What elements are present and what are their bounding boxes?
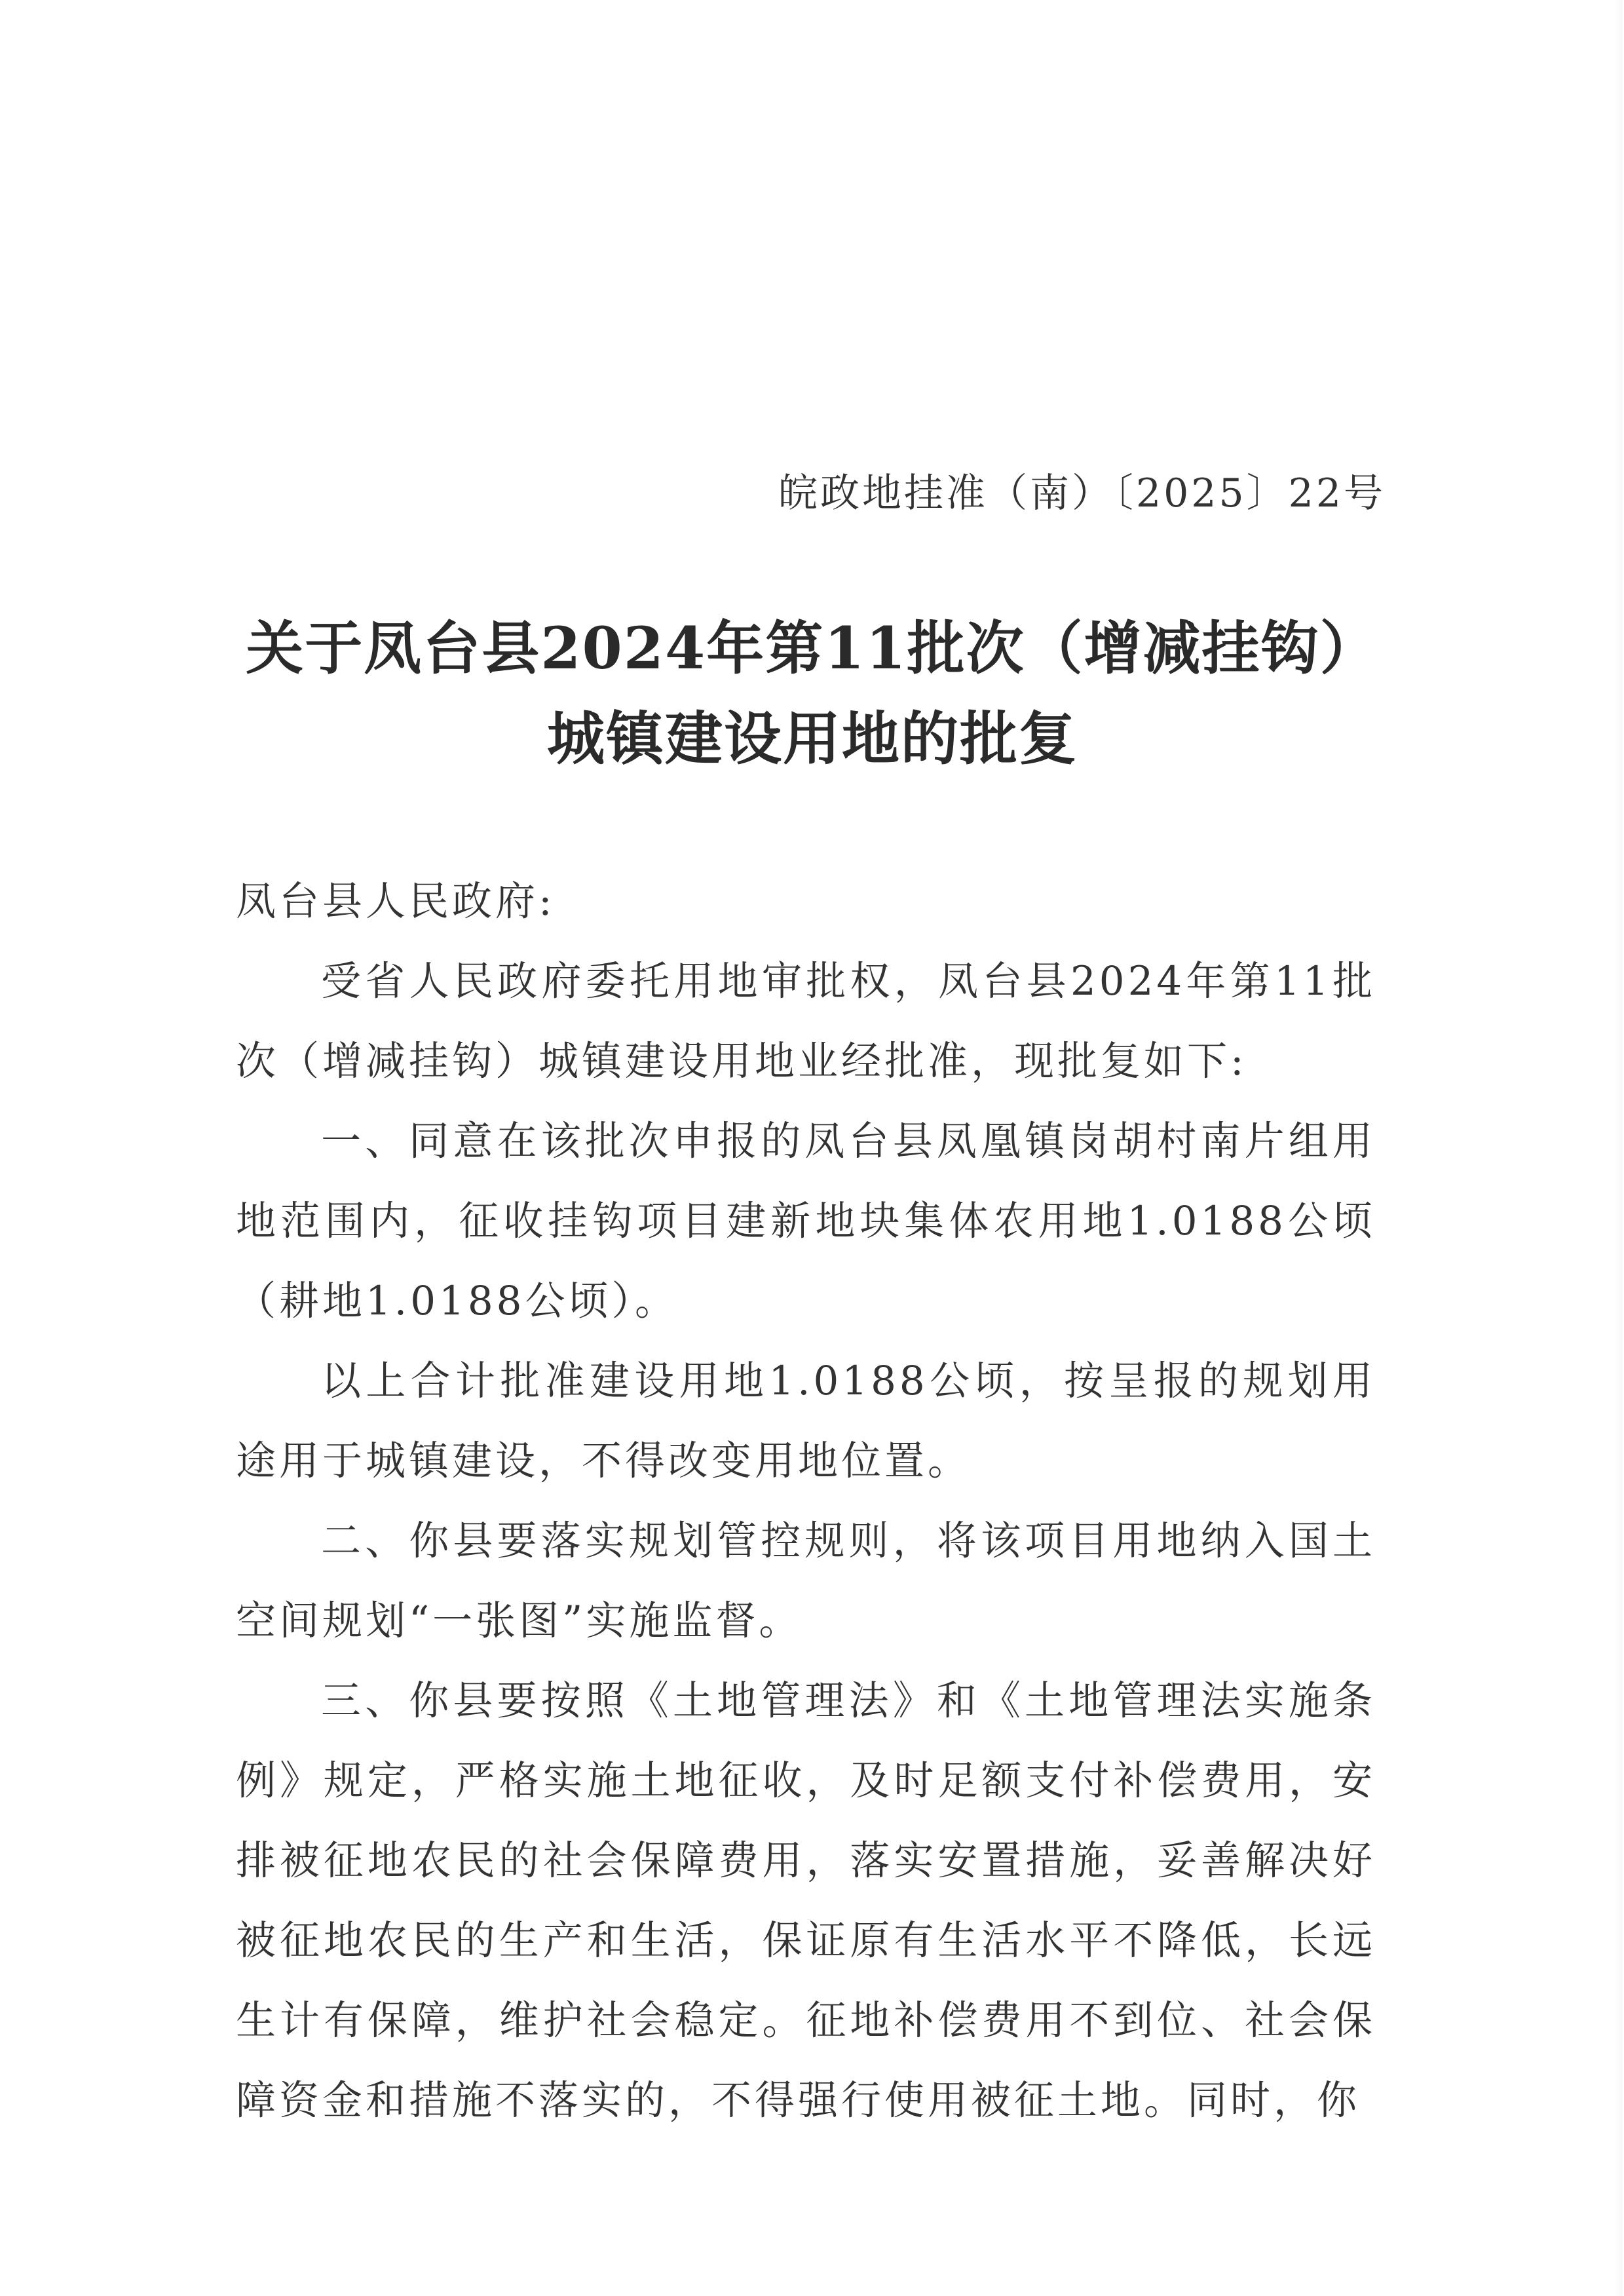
scan-edge-shadow: [1615, 0, 1623, 2296]
paragraph-item-2: 二、你县要落实规划管控规则，将该项目用地纳入国土空间规划“一张图”实施监督。: [236, 1501, 1376, 1661]
paragraph-intro: 受省人民政府委托用地审批权，凤台县2024年第11批次（增减挂钩）城镇建设用地业…: [236, 942, 1376, 1101]
paragraph-total: 以上合计批准建设用地1.0188公顷，按呈报的规划用途用于城镇建设，不得改变用地…: [236, 1341, 1376, 1501]
salutation: 凤台县人民政府:: [236, 862, 1376, 942]
paragraph-item-3: 三、你县要按照《土地管理法》和《土地管理法实施条例》规定，严格实施土地征收，及时…: [236, 1661, 1376, 2141]
document-page: 皖政地挂准（南）〔2025〕22号 关于凤台县2024年第11批次（增减挂钩） …: [0, 0, 1624, 2296]
document-body: 凤台县人民政府: 受省人民政府委托用地审批权，凤台县2024年第11批次（增减挂…: [236, 862, 1376, 2141]
document-title: 关于凤台县2024年第11批次（增减挂钩） 城镇建设用地的批复: [197, 603, 1428, 784]
paragraph-item-1: 一、同意在该批次申报的凤台县凤凰镇岗胡村南片组用地范围内，征收挂钩项目建新地块集…: [236, 1101, 1376, 1341]
title-line-1: 关于凤台县2024年第11批次（增减挂钩）: [197, 603, 1428, 693]
title-line-2: 城镇建设用地的批复: [197, 693, 1428, 784]
document-number: 皖政地挂准（南）〔2025〕22号: [770, 462, 1386, 518]
